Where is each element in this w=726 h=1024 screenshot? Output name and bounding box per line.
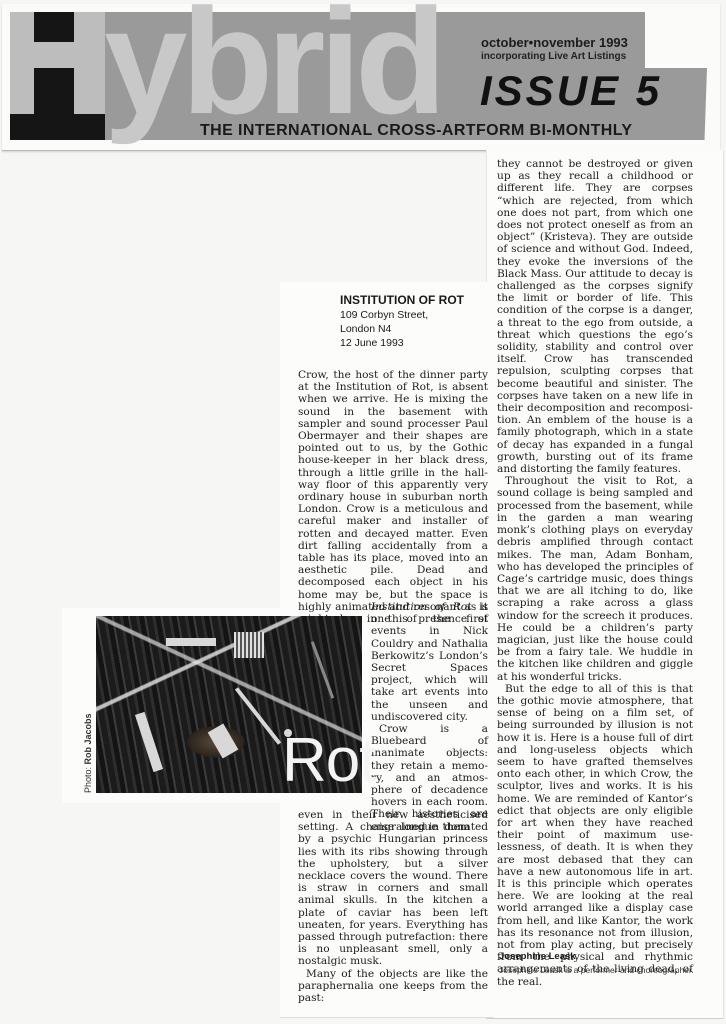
photo-credit-prefix: Photo:: [83, 764, 93, 793]
article-left-column-wrap: Institution of Rot is one of the first e…: [371, 601, 488, 833]
photo-object: [235, 687, 281, 745]
issue-number: ISSUE 5: [480, 70, 662, 112]
article-text: Crow, the host of the dinner party at th…: [298, 369, 488, 637]
photo-overlay-title: Rot: [282, 730, 375, 792]
article-italic: Institution of Rot: [371, 601, 471, 613]
author-name: Josephine Leask: [499, 950, 694, 964]
photo-object: [208, 724, 239, 759]
venue-info: INSTITUTION OF ROT 109 Corbyn Street, Lo…: [340, 292, 464, 350]
logo-wordmark: ybrid: [104, 0, 441, 136]
photo-object: [234, 632, 264, 658]
article-paragraph: even in their new aestheticised set­ting…: [298, 809, 488, 968]
venue-address-line2: London N4: [340, 322, 464, 336]
article-paragraph: Institution of Rot is one of the first e…: [371, 601, 488, 723]
article-paragraph: Throughout the visit to Rot, a sound col…: [497, 475, 693, 682]
logo-h-black-bottom: [10, 114, 105, 140]
article-text: is one of the first events in Nick Could…: [371, 601, 488, 723]
photo-object: [166, 638, 216, 646]
photographer-name: Rob Jacobs: [83, 713, 93, 764]
author-bio: Josephine Leask is a performer and chore…: [499, 964, 694, 976]
photo-object: [135, 712, 163, 772]
byline: Josephine Leask Josephine Leask is a per…: [499, 950, 694, 976]
masthead-subtitle: incorporating Live Art Listings: [481, 51, 626, 62]
logo-h-black-mid: [34, 68, 74, 116]
article-paragraph: But the edge to all of this is that the …: [497, 683, 693, 988]
photo-object: [311, 641, 334, 698]
venue-address-line1: 109 Corbyn Street,: [340, 308, 464, 322]
article-left-column-top: Crow, the host of the dinner party at th…: [298, 369, 488, 637]
article-paragraph: Many of the objects are like the para­ph…: [298, 968, 488, 1005]
issue-date: october•november 1993: [481, 35, 628, 50]
article-paragraph: they cannot be destroyed or given up as …: [497, 158, 693, 475]
article-paragraph: Crow, the host of the dinner party at th…: [298, 369, 488, 637]
logo-h-black-top: [34, 12, 74, 42]
article-left-column-bottom: even in their new aestheticised set­ting…: [298, 809, 488, 1004]
photo-credit: Photo: Rob Jacobs: [83, 713, 93, 793]
article-right-column: they cannot be destroyed or given up as …: [497, 158, 693, 988]
masthead-tagline: THE INTERNATIONAL CROSS-ARTFORM BI-MONTH…: [200, 122, 633, 140]
venue-date: 12 June 1993: [340, 336, 464, 350]
venue-title: INSTITUTION OF ROT: [340, 292, 464, 308]
